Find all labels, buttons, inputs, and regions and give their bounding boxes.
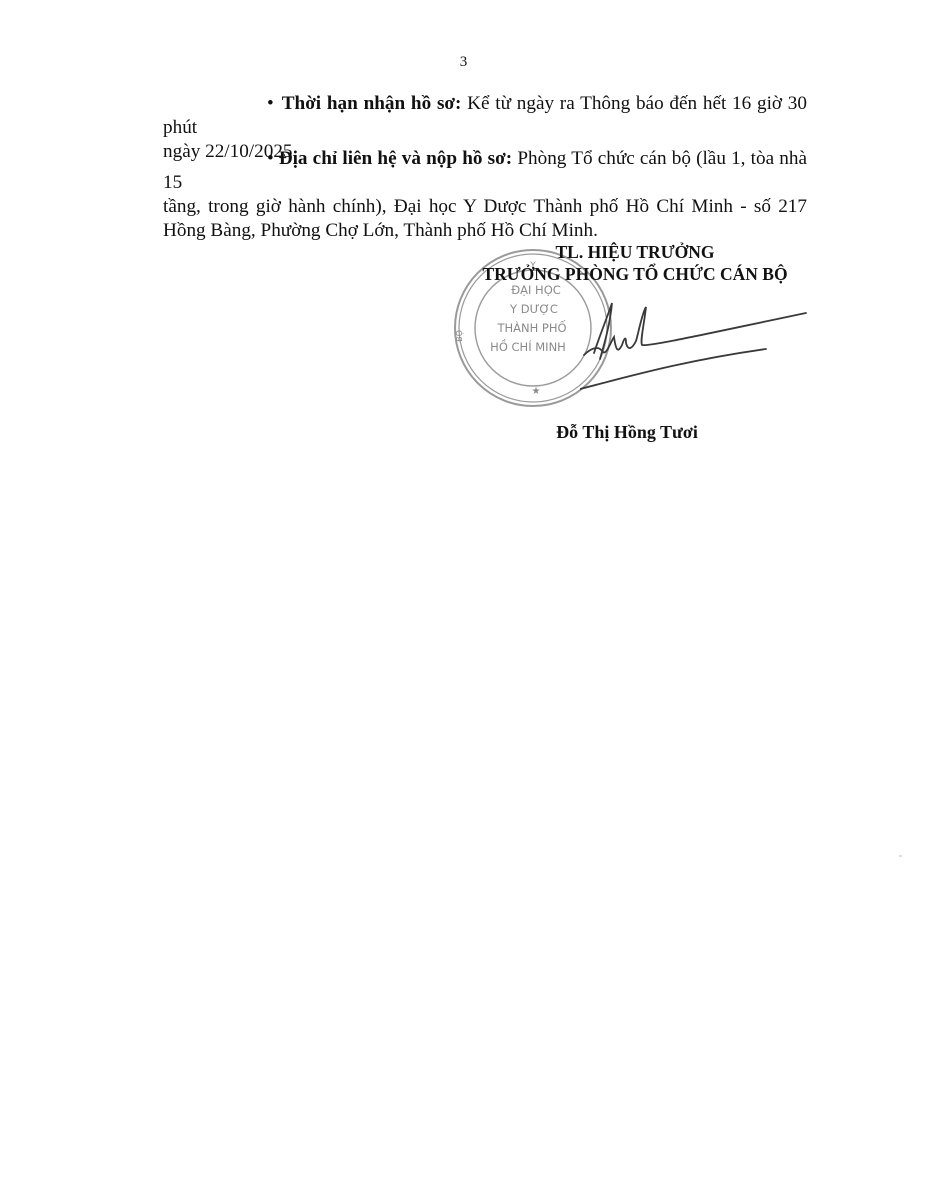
bullet-icon: • [215,147,274,171]
contact-label: Địa chỉ liên hệ và nộp hồ sơ: [279,148,512,169]
stamp-line-3: THÀNH PHỐ [496,319,566,335]
stamp-line-4: HỒ CHÍ MINH [490,338,566,354]
deadline-label: Thời hạn nhận hồ sơ: [282,93,462,114]
star-icon: ★ [532,386,541,397]
scan-speck [899,855,902,857]
signature-title-line2: TRƯỞNG PHÒNG TỔ CHỨC CÁN BỘ [425,263,845,286]
bullet-icon: • [215,92,274,116]
page-number: 3 [0,54,927,71]
stamp-left-text: BỘ [453,330,464,342]
contact-text-continued: tầng, trong giờ hành chính), Đại học Y D… [163,195,807,243]
handwritten-signature [580,295,810,405]
stamp-line-2: Y DƯỢC [509,302,558,316]
contact-address-paragraph: •Địa chỉ liên hệ và nộp hồ sơ: Phòng Tổ … [163,147,807,243]
deadline-first-line: •Thời hạn nhận hồ sơ: Kể từ ngày ra Thôn… [163,92,807,140]
contact-first-line: •Địa chỉ liên hệ và nộp hồ sơ: Phòng Tổ … [163,147,807,195]
signer-name: Đỗ Thị Hồng Tươi [427,421,827,444]
signature-title-line1: TL. HIỆU TRƯỞNG [425,241,845,264]
